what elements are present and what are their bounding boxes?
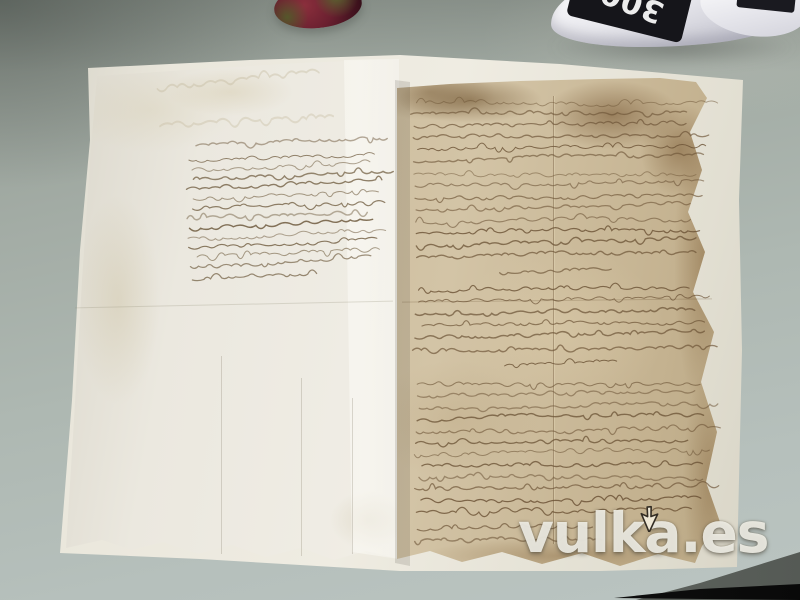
left-page-handwriting xyxy=(179,132,395,291)
left-page-crease xyxy=(352,398,353,554)
left-page-crease xyxy=(301,378,302,556)
right-page-handwriting xyxy=(405,92,717,558)
photo-of-manuscript: 300 g vulka.es xyxy=(0,0,800,600)
left-page-crease xyxy=(221,356,222,554)
mouse-cursor-icon xyxy=(634,504,660,532)
